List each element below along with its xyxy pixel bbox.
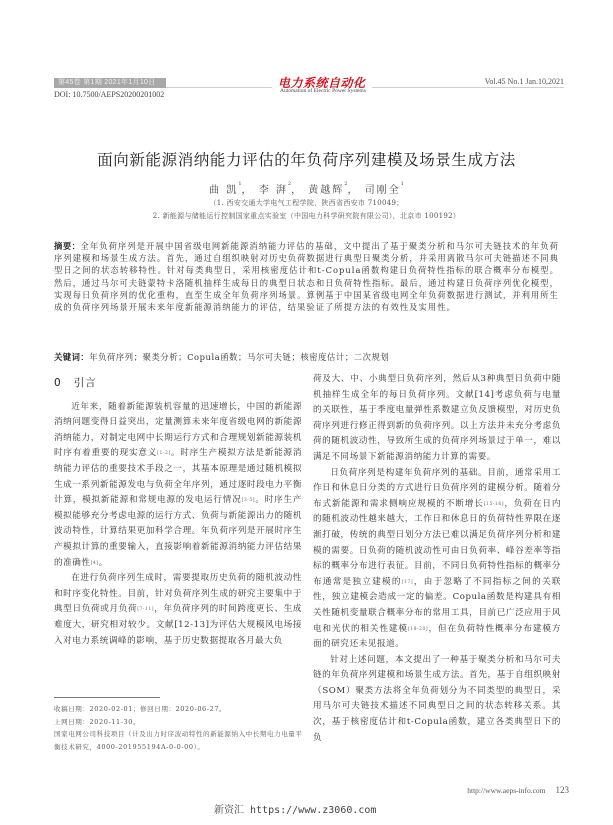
- volume-info: Vol.45 No.1 Jan.10,2021: [481, 77, 564, 86]
- funding-note: 国家电网公司科技项目（计及出力时序波动特性的新能源纳入中长期电力电量平衡技术研究…: [54, 728, 304, 753]
- online-date: 上网日期：2020-11-30。: [54, 716, 304, 729]
- paragraph: 日负荷序列是构建年负荷序列的基础。目前，通常采用工作日和休息日分类的方式进行日负…: [313, 466, 561, 653]
- author: 曲 凯: [209, 185, 238, 196]
- issue-tag: 第45卷 第1期 2021年1月10日: [54, 78, 166, 88]
- abstract-label: 摘要：: [54, 241, 81, 251]
- citation[interactable]: [18-20]: [408, 627, 428, 632]
- page-footer: http://www.aeps-info.com123: [467, 785, 569, 795]
- body-column-left: 0引言 近年来，随着新能源装机容量的迅速增长，中国的新能源消纳问题变得日益突出，…: [54, 376, 302, 649]
- citation[interactable]: [3-5]: [242, 498, 256, 503]
- body-column-right: 荷及大、中、小典型日负荷序列，然后从3种典型日负荷中随机抽样生成全年的每日负荷序…: [313, 372, 561, 746]
- journal-header: 第45卷 第1期 2021年1月10日 电力系统自动化 Automation o…: [54, 78, 564, 98]
- doi[interactable]: DOI: 10.7500/AEPS20200201002: [54, 90, 164, 99]
- keywords: 关键词：年负荷序列；聚类分析；Copula函数；马尔可夫链；核密度估计；二次规划: [54, 351, 559, 363]
- abstract: 摘要：全年负荷序列是开展中国省级电网新能源消纳能力评估的基础，文中提出了基于聚类…: [54, 240, 559, 313]
- paper-title: 面向新能源消纳能力评估的年负荷序列建模及场景生成方法: [0, 148, 613, 170]
- citation[interactable]: [1-2]: [157, 451, 171, 456]
- keywords-label: 关键词：: [54, 352, 89, 362]
- abstract-text: 全年负荷序列是开展中国省级电网新能源消纳能力评估的基础，文中提出了基于聚类分析和…: [54, 241, 559, 312]
- journal-name-en: Automation of Electric Power Systems: [280, 88, 366, 94]
- affil-marker: 2: [344, 181, 347, 187]
- section-title: 引言: [74, 377, 97, 389]
- citation[interactable]: [15-16]: [484, 502, 504, 507]
- paragraph: 在进行负荷序列生成时，需要提取历史负荷的随机波动性和时序变化特性。目前，针对负荷…: [54, 571, 302, 649]
- paragraph: 近年来，随着新能源装机容量的迅速增长，中国的新能源消纳问题变得日益突出，定量测算…: [54, 400, 302, 572]
- journal-url[interactable]: http://www.aeps-info.com: [467, 786, 545, 795]
- footnote-divider: [54, 697, 160, 698]
- citation[interactable]: [7-11]: [137, 607, 154, 612]
- watermark: 新资汇 https://www.z3060.com: [214, 801, 376, 816]
- paragraph: 针对上述问题，本文提出了一种基于聚类分析和马尔可夫链的年负荷序列建模和场景生成方…: [313, 653, 561, 747]
- page-number: 123: [556, 785, 570, 795]
- citation[interactable]: [17]: [402, 580, 413, 585]
- affil-marker: 1: [401, 181, 404, 187]
- footnotes: 收稿日期：2020-02-01；修回日期：2020-06-27。 上网日期：20…: [54, 703, 304, 753]
- section-number: 0: [54, 377, 62, 389]
- affil-marker: 2: [288, 181, 291, 187]
- author: 司刚全: [365, 185, 401, 196]
- author-list: 曲 凯1， 李 湃2， 黄越辉2， 司刚全1: [0, 181, 613, 196]
- author: 李 湃: [259, 185, 288, 196]
- author: 黄越辉: [308, 185, 344, 196]
- affil-marker: 1: [238, 181, 241, 187]
- affiliation-2: 2. 新能源与储能运行控制国家重点实验室（中国电力科学研究院有限公司），北京市 …: [0, 211, 613, 221]
- received-date: 收稿日期：2020-02-01；修回日期：2020-06-27。: [54, 703, 304, 716]
- paragraph: 荷及大、中、小典型日负荷序列，然后从3种典型日负荷中随机抽样生成全年的每日负荷序…: [313, 372, 561, 466]
- citation[interactable]: [4]: [91, 561, 99, 566]
- keywords-text: 年负荷序列；聚类分析；Copula函数；马尔可夫链；核密度估计；二次规划: [89, 352, 389, 362]
- affiliation-1: （1. 西安交通大学电气工程学院，陕西省西安市 710049；: [0, 198, 613, 208]
- section-heading: 0引言: [54, 376, 302, 392]
